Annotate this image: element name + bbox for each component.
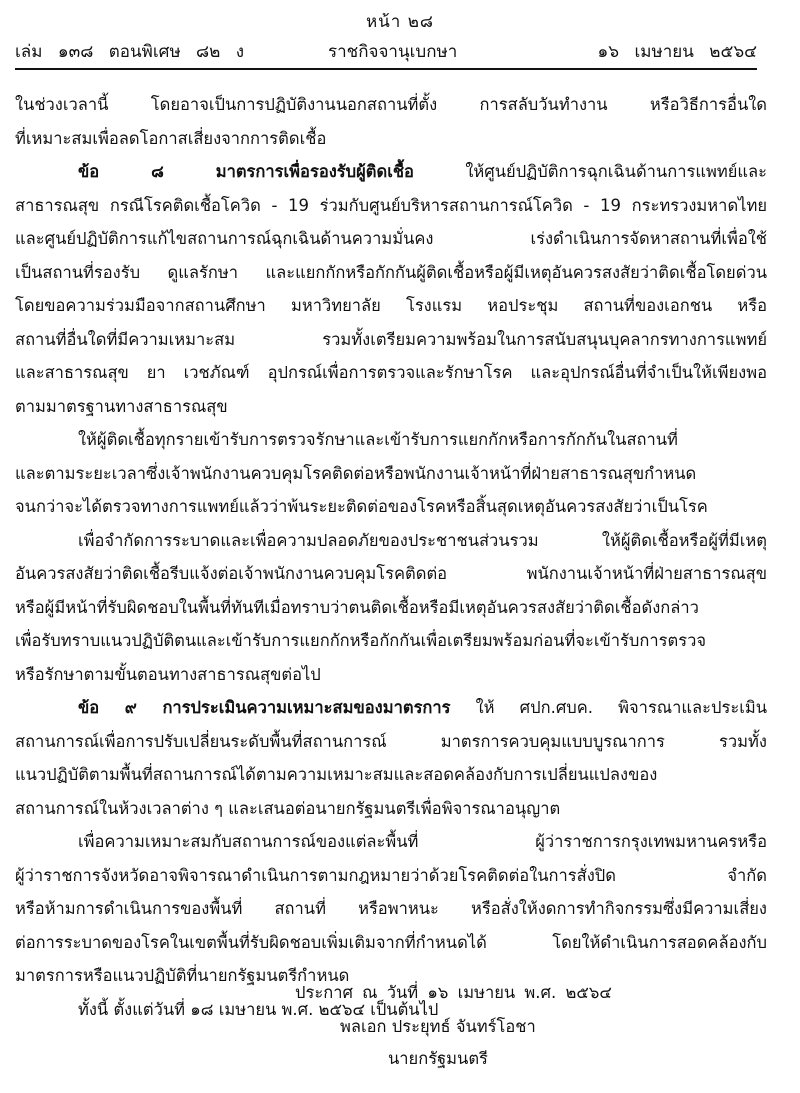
document-body: ในช่วงเวลานี้ โดยอาจเป็นการปฏิบัติงานนอก… [15,88,767,1026]
text-line: จนกว่าจะได้ตรวจทางการแพทย์แล้วว่าพ้นระยะ… [15,490,767,524]
text-line: ที่เหมาะสมเพื่อลดโอกาสเสี่ยงจากการติดเชื… [15,122,767,156]
text-line: และสาธารณสุข ยา เวชภัณฑ์ อุปกรณ์เพื่อการ… [15,356,767,390]
publication-name: ราชกิจจานุเบกษา [328,38,457,65]
clause-9-heading-line: ข้อ ๙ การประเมินความเหมาะสมของมาตรการ ให… [15,691,767,725]
text-line: โดยขอความร่วมมือจากสถานศึกษา มหาวิทยาลัย… [15,289,767,323]
text-line: ในช่วงเวลานี้ โดยอาจเป็นการปฏิบัติงานนอก… [15,88,767,122]
text-line: ต่อการระบาดของโรคในเขตพื้นที่รับผิดชอบเพ… [15,926,767,960]
text-line: เพื่อรับทราบแนวปฏิบัติตนและเข้ารับการแยก… [15,624,767,658]
text-line: สถานการณ์เพื่อการปรับเปลี่ยนระดับพื้นที่… [15,725,767,759]
header-divider [15,68,757,70]
text-line: อันควรสงสัยว่าติดเชื้อรีบแจ้งต่อเจ้าพนัก… [15,557,767,591]
announcement-date: ประกาศ ณ วันที่ ๑๖ เมษายน พ.ศ. ๒๕๖๔ [295,980,612,1006]
signatory-title: นายกรัฐมนตรี [388,1046,488,1072]
text-line: สถานที่อื่นใดที่มีความเหมาะสม รวมทั้งเตร… [15,323,767,357]
text-line: หรือห้ามการดำเนินการของพื้นที่ สถานที่ ห… [15,892,767,926]
text-line: ให้ผู้ติดเชื้อทุกรายเข้ารับการตรวจรักษาแ… [15,423,767,457]
text-line: เพื่อความเหมาะสมกับสถานการณ์ของแต่ละพื้น… [15,825,767,859]
text-line: เพื่อจำกัดการระบาดและเพื่อความปลอดภัยของ… [15,524,767,558]
text-line: ผู้ว่าราชการจังหวัดอาจพิจารณาดำเนินการตา… [15,859,767,893]
gazette-header: เล่ม ๑๓๘ ตอนพิเศษ ๘๒ ง ราชกิจจานุเบกษา ๑… [15,38,757,64]
publication-date: ๑๖ เมษายน ๒๕๖๔ [598,38,757,65]
text-line: ตามมาตรฐานทางสาธารณสุข [15,390,767,424]
text-line: แนวปฏิบัติตามพื้นที่สถานการณ์ได้ตามความเ… [15,758,767,792]
text-line: และศูนย์ปฏิบัติการแก้ไขสถานการณ์ฉุกเฉินด… [15,222,767,256]
clause-8-heading-line: ข้อ ๘ มาตรการเพื่อรองรับผู้ติดเชื้อ ให้ศ… [15,155,767,189]
text-line: สาธารณสุข กรณีโรคติดเชื้อโควิด - 19 ร่วม… [15,189,767,223]
text-line: และตามระยะเวลาซึ่งเจ้าพนักงานควบคุมโรคติ… [15,457,767,491]
text-line: หรือรักษาตามขั้นตอนทางสาธารณสุขต่อไป [15,658,767,692]
volume-issue: เล่ม ๑๓๘ ตอนพิเศษ ๘๒ ง [15,38,244,65]
signatory-name: พลเอก ประยุทธ์ จันทร์โอชา [340,1014,536,1040]
clause-9-title: ข้อ ๙ การประเมินความเหมาะสมของมาตรการ [78,698,451,717]
clause-8-title: ข้อ ๘ มาตรการเพื่อรองรับผู้ติดเชื้อ [78,162,414,181]
text-line: เป็นสถานที่รองรับ ดูแลรักษา และแยกกักหรื… [15,256,767,290]
text-line: สถานการณ์ในห้วงเวลาต่าง ๆ และเสนอต่อนายก… [15,792,767,826]
page-number: หน้า ๒๘ [0,8,800,35]
text-line: หรือผู้มีหน้าที่รับผิดชอบในพื้นที่ทันทีเ… [15,591,767,625]
